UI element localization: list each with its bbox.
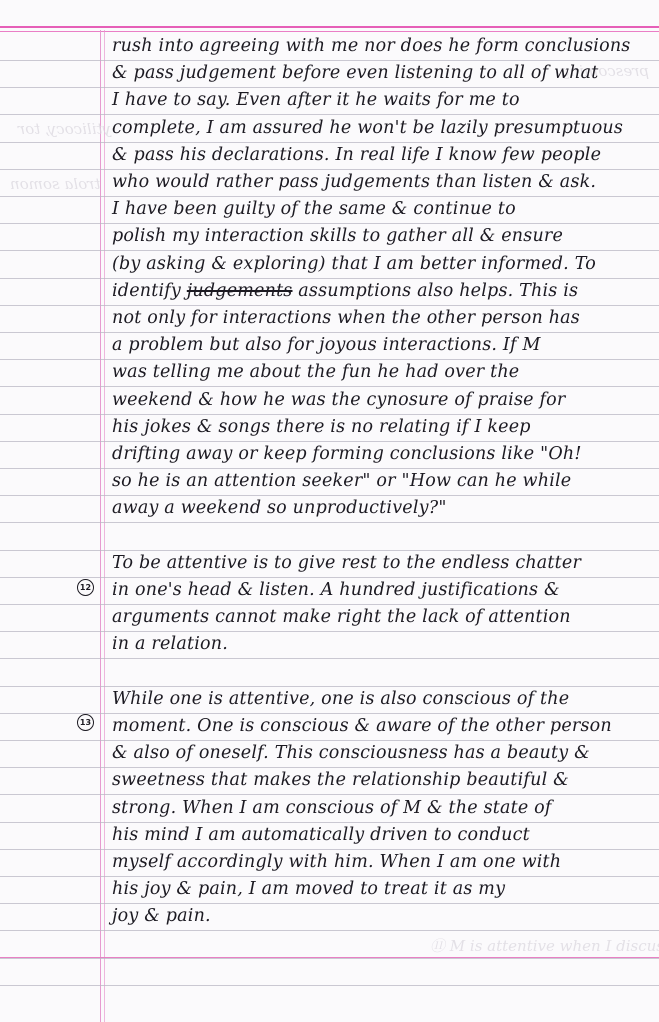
ruled-line	[0, 250, 659, 251]
paragraph-13-line: sweetness that makes the relationship be…	[112, 770, 569, 790]
ruled-line	[0, 740, 659, 741]
paragraph-13-line: myself accordingly with him. When I am o…	[112, 852, 561, 872]
ruled-line	[0, 686, 659, 687]
paragraph-continued-line: & pass judgement before even listening t…	[112, 63, 599, 83]
paragraph-continued-line: I have to say. Even after it he waits fo…	[112, 90, 520, 110]
ruled-line	[0, 441, 659, 442]
paragraph-continued-line: polish my interaction skills to gather a…	[112, 226, 563, 246]
ruled-line	[0, 359, 659, 360]
paragraph-continued-line: not only for interactions when the other…	[112, 308, 580, 328]
ruled-line	[0, 332, 659, 333]
ruled-line	[0, 169, 659, 170]
ruled-line	[0, 903, 659, 904]
bleed-through-text: ytilicocy, tor	[18, 120, 111, 138]
ruled-line	[0, 468, 659, 469]
ruled-line	[0, 876, 659, 877]
ruled-line	[0, 713, 659, 714]
ruled-line	[0, 930, 659, 931]
paragraph-continued-line: drifting away or keep forming conclusion…	[112, 444, 582, 464]
top-margin-line	[0, 26, 659, 28]
paragraph-continued-line: was telling me about the fun he had over…	[112, 362, 519, 382]
paragraph-13-line: & also of oneself. This consciousness ha…	[112, 743, 590, 763]
ruled-line	[0, 60, 659, 61]
paragraph-continued-line: identify judgements assumptions also hel…	[112, 281, 578, 301]
ruled-line	[0, 849, 659, 850]
struck-word: judgements	[187, 281, 293, 301]
paragraph-continued-line: who would rather pass judgements than li…	[112, 172, 596, 192]
left-margin-line-double	[104, 30, 105, 1022]
paragraph-continued-line: rush into agreeing with me nor does he f…	[112, 36, 631, 56]
paragraph-continued-line: & pass his declarations. In real life I …	[112, 145, 601, 165]
ruled-line	[0, 223, 659, 224]
ruled-line	[0, 114, 659, 115]
paragraph-marker-13: 13	[77, 714, 94, 731]
paragraph-12-line: in one's head & listen. A hundred justif…	[112, 580, 560, 600]
bleed-through-text: ⑪ M is attentive when I discuss things. …	[430, 935, 659, 956]
paragraph-12-line: arguments cannot make right the lack of …	[112, 607, 571, 627]
ruled-line	[0, 550, 659, 551]
ruled-line	[0, 767, 659, 768]
paragraph-continued-line: away a weekend so unproductively?"	[112, 498, 447, 518]
paragraph-12-line: To be attentive is to give rest to the e…	[112, 553, 581, 573]
ruled-line	[0, 577, 659, 578]
ruled-line	[0, 386, 659, 387]
paragraph-13-line: joy & pain.	[112, 906, 211, 926]
top-margin-line-thin	[0, 31, 659, 32]
paragraph-12-line: in a relation.	[112, 634, 228, 654]
paragraph-13-line: moment. One is conscious & aware of the …	[112, 716, 612, 736]
paragraph-13-line: While one is attentive, one is also cons…	[112, 689, 569, 709]
paragraph-marker-12: 12	[77, 579, 94, 596]
ruled-line	[0, 495, 659, 496]
ruled-line	[0, 604, 659, 605]
ruled-line	[0, 794, 659, 795]
ruled-line	[0, 822, 659, 823]
ruled-line	[0, 142, 659, 143]
paragraph-continued-line: (by asking & exploring) that I am better…	[112, 254, 596, 274]
ruled-line	[0, 985, 659, 986]
ruled-line	[0, 305, 659, 306]
paragraph-continued-line: so he is an attention seeker" or "How ca…	[112, 471, 571, 491]
paragraph-continued-line: a problem but also for joyous interactio…	[112, 335, 541, 355]
ruled-line	[0, 278, 659, 279]
ruled-line	[0, 196, 659, 197]
bleed-through-text: trola somon	[10, 175, 100, 193]
ruled-line	[0, 522, 659, 523]
paragraph-13-line: strong. When I am conscious of M & the s…	[112, 798, 552, 818]
ruled-line	[0, 658, 659, 659]
paragraph-13-line: his joy & pain, I am moved to treat it a…	[112, 879, 505, 899]
paragraph-continued-line: weekend & how he was the cynosure of pra…	[112, 390, 565, 410]
paragraph-13-line: his mind I am automatically driven to co…	[112, 825, 530, 845]
ruled-line	[0, 958, 659, 959]
paragraph-continued-line: his jokes & songs there is no relating i…	[112, 417, 531, 437]
paragraph-continued-line: I have been guilty of the same & continu…	[112, 199, 516, 219]
ruled-line	[0, 414, 659, 415]
paragraph-continued-line: complete, I am assured he won't be lazil…	[112, 118, 623, 138]
ruled-line	[0, 87, 659, 88]
ruled-line	[0, 631, 659, 632]
